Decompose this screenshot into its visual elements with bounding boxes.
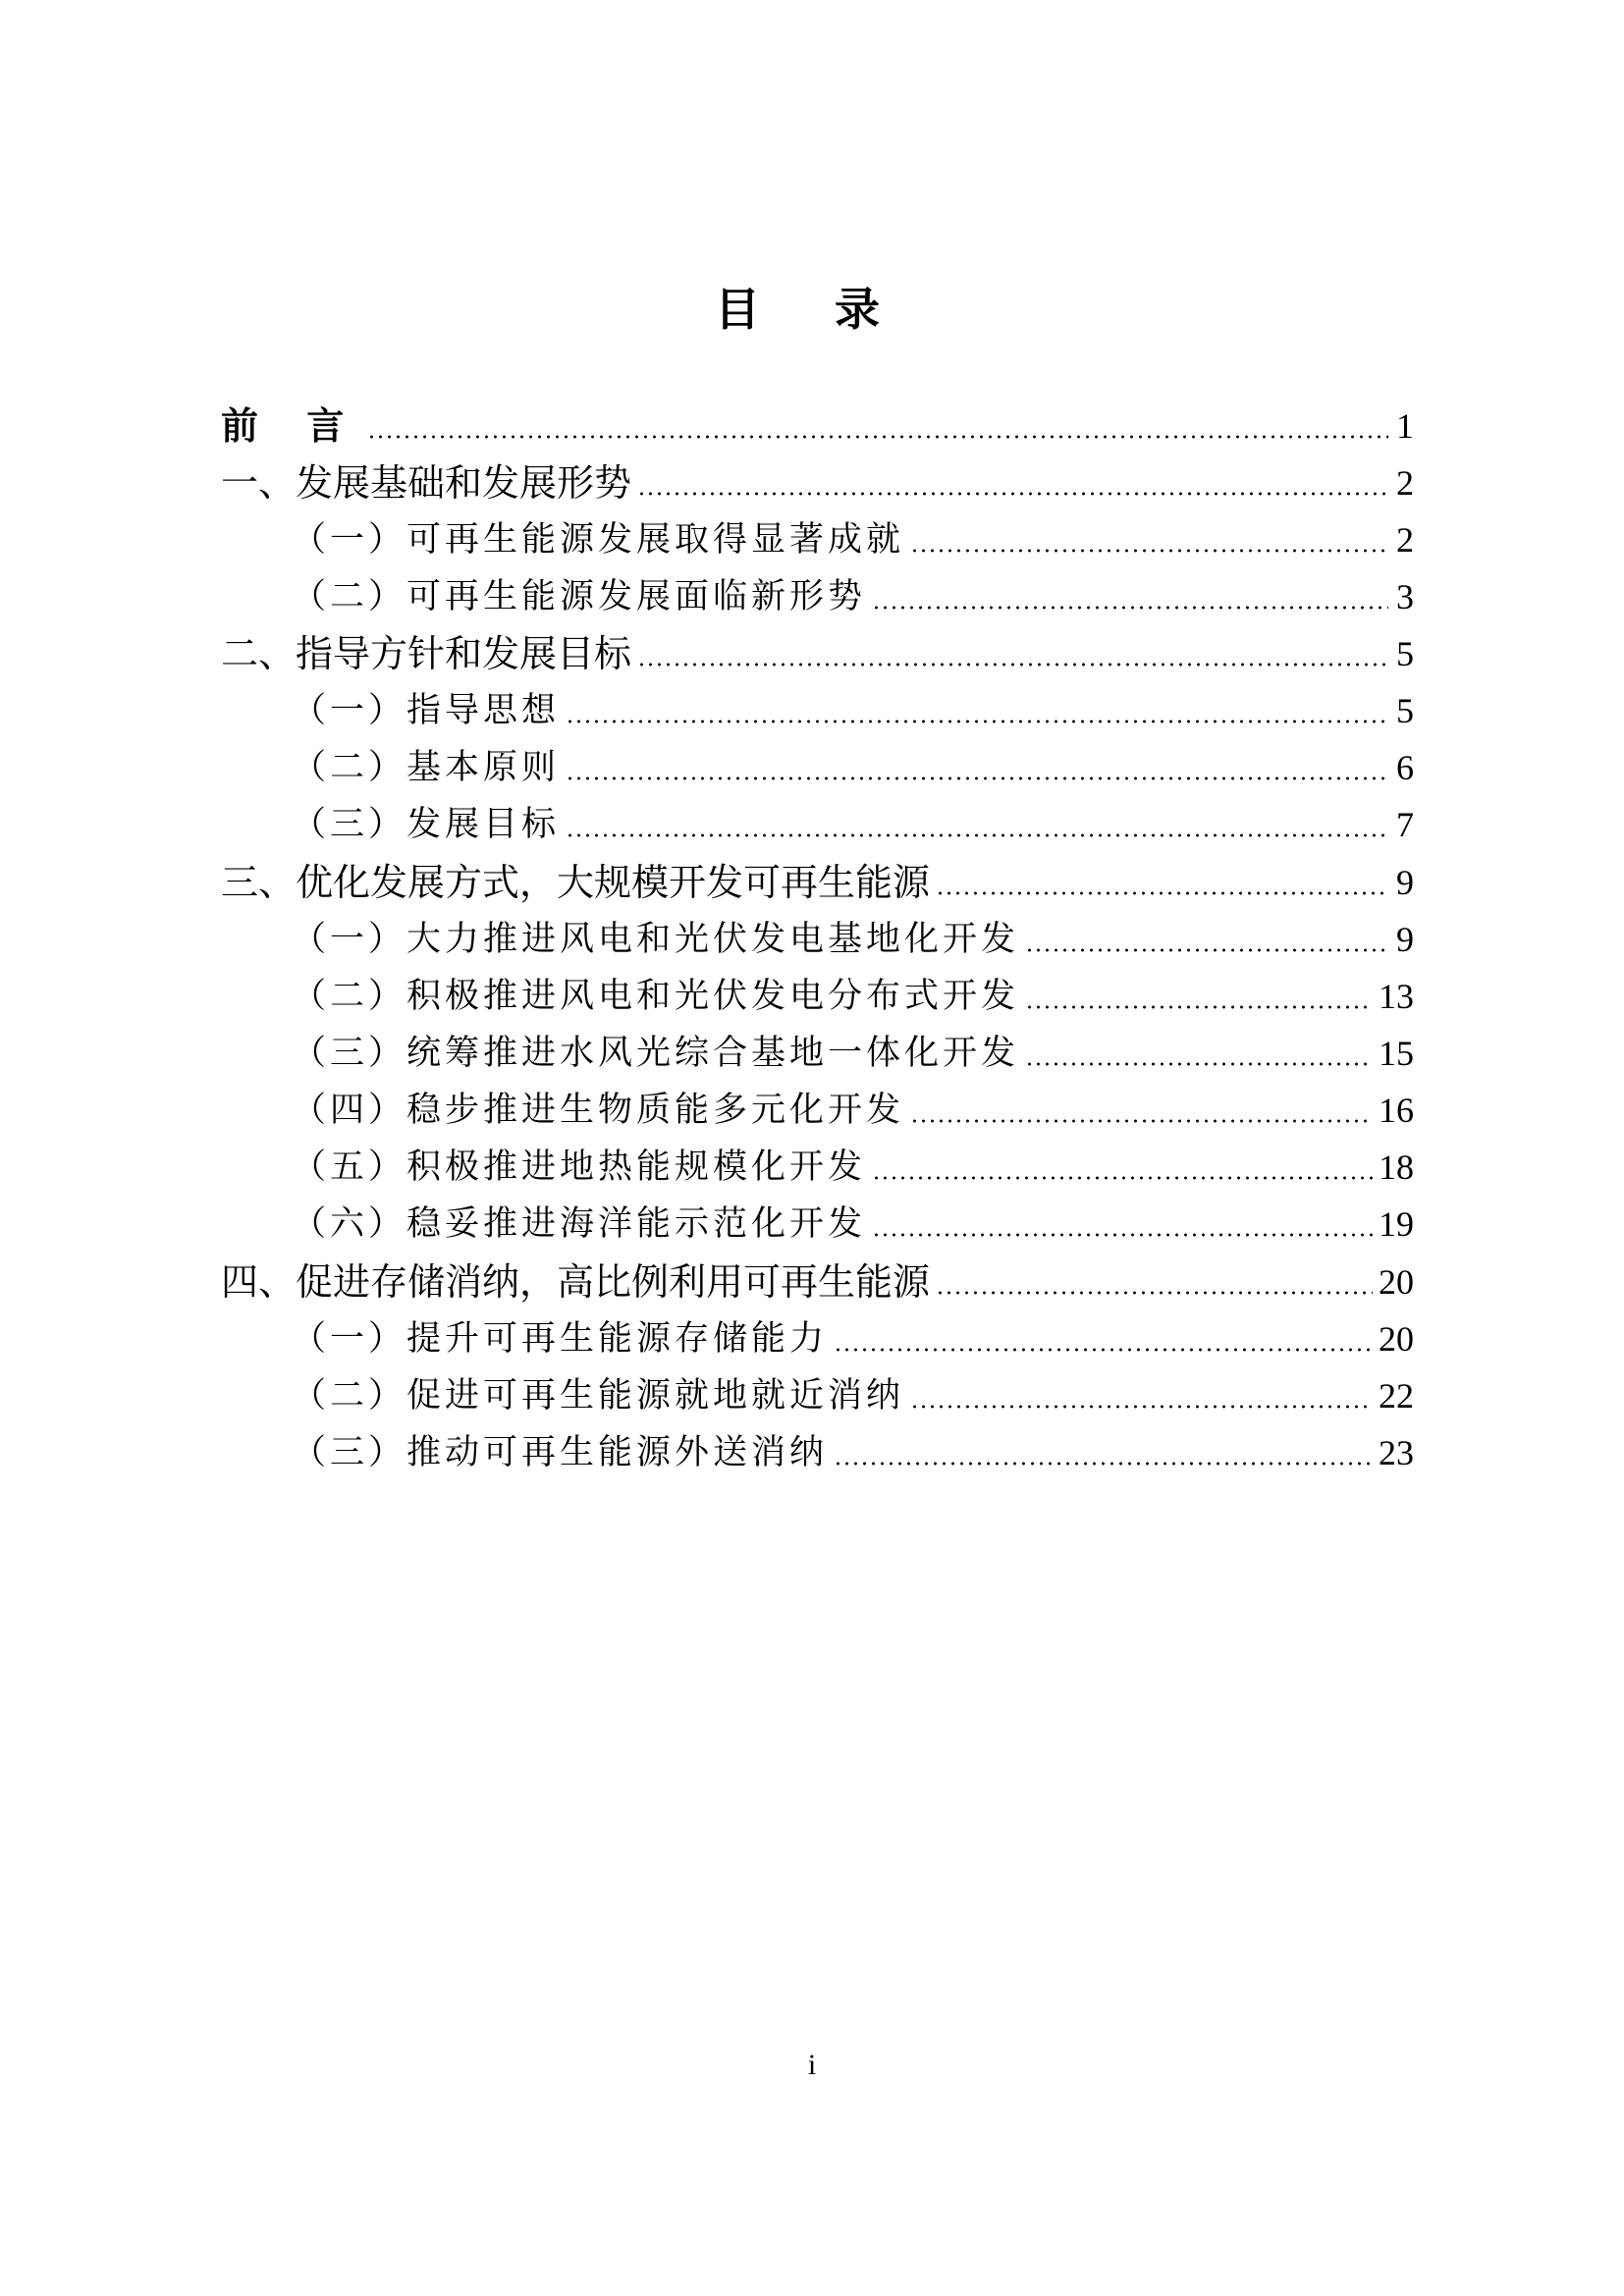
toc-entry-label: 三、优化发展方式，大规模开发可再生能源 <box>221 857 930 908</box>
dot-leader <box>872 1176 1373 1180</box>
toc-entry-section-3-6[interactable]: （六）稳妥推进海洋能示范化开发 19 <box>221 1191 1414 1250</box>
dot-leader <box>910 549 1388 553</box>
dot-leader <box>872 606 1388 610</box>
toc-entry-page: 18 <box>1379 1142 1414 1193</box>
dot-leader <box>872 1233 1373 1237</box>
toc-entry-label: 前 言 <box>221 400 361 452</box>
toc-entry-section-3-1[interactable]: （一）大力推进风电和光伏发电基地化开发 9 <box>221 906 1414 965</box>
toc-entry-section-2-3[interactable]: （三）发展目标 7 <box>221 791 1414 850</box>
toc-entry-page: 5 <box>1394 628 1414 679</box>
toc-entry-section-3[interactable]: 三、优化发展方式，大规模开发可再生能源 9 <box>221 849 1414 908</box>
toc-entry-page: 7 <box>1394 799 1414 850</box>
toc-entry-label: （一）指导思想 <box>221 685 560 736</box>
dot-leader <box>637 663 1388 667</box>
toc-entry-section-3-4[interactable]: （四）稳步推进生物质能多元化开发 16 <box>221 1077 1414 1136</box>
toc-entry-label: （二）可再生能源发展面临新形势 <box>221 571 866 622</box>
toc-entry-page: 16 <box>1379 1085 1414 1136</box>
dot-leader <box>637 492 1388 496</box>
dot-leader <box>566 833 1388 837</box>
toc-entry-page: 9 <box>1394 857 1414 908</box>
toc-entry-page: 19 <box>1379 1199 1414 1250</box>
toc-entry-section-1-1[interactable]: （一）可再生能源发展取得显著成就 2 <box>221 507 1414 565</box>
toc-entry-section-2-1[interactable]: （一）指导思想 5 <box>221 677 1414 736</box>
dot-leader <box>910 1405 1373 1409</box>
toc-entry-section-2[interactable]: 二、指导方针和发展目标 5 <box>221 620 1414 679</box>
toc-entry-section-3-3[interactable]: （三）统筹推进水风光综合基地一体化开发 15 <box>221 1020 1414 1079</box>
toc-entry-page: 6 <box>1394 742 1414 793</box>
toc-entry-label: （三）统筹推进水风光综合基地一体化开发 <box>221 1028 1019 1079</box>
dot-leader <box>1025 948 1388 952</box>
toc-entry-label: （五）积极推进地热能规模化开发 <box>221 1142 866 1193</box>
toc-entry-label: 二、指导方针和发展目标 <box>221 628 631 679</box>
dot-leader <box>1025 1062 1373 1066</box>
toc-entry-section-4-2[interactable]: （二）促进可再生能源就地就近消纳 22 <box>221 1362 1414 1421</box>
toc-entry-page: 2 <box>1394 457 1414 508</box>
toc-entry-section-3-5[interactable]: （五）积极推进地热能规模化开发 18 <box>221 1134 1414 1193</box>
toc-entry-label: （一）提升可再生能源存储能力 <box>221 1313 828 1364</box>
toc-entry-label: （二）促进可再生能源就地就近消纳 <box>221 1370 904 1421</box>
dot-leader <box>936 1291 1373 1295</box>
dot-leader <box>910 1119 1373 1123</box>
toc-entry-label: 四、促进存储消纳，高比例利用可再生能源 <box>221 1256 930 1308</box>
footer-page-number: i <box>0 2048 1624 2083</box>
toc-entry-label: （三）推动可再生能源外送消纳 <box>221 1427 828 1478</box>
toc-entry-section-4-1[interactable]: （一）提升可再生能源存储能力 20 <box>221 1306 1414 1364</box>
toc-entry-page: 3 <box>1394 571 1414 622</box>
toc-entry-page: 22 <box>1379 1370 1414 1421</box>
toc-entry-page: 5 <box>1394 685 1414 736</box>
toc-entry-page: 2 <box>1394 514 1414 565</box>
toc-entry-section-1-2[interactable]: （二）可再生能源发展面临新形势 3 <box>221 563 1414 622</box>
dot-leader <box>367 435 1388 439</box>
toc-entry-section-2-2[interactable]: （二）基本原则 6 <box>221 734 1414 793</box>
toc-entry-page: 1 <box>1394 400 1414 452</box>
toc-entry-label: （二）积极推进风电和光伏发电分布式开发 <box>221 971 1019 1022</box>
document-page: 目 录 前 言 1 一、发展基础和发展形势 2 （一）可再生能源发展取得显著成就… <box>0 0 1624 2296</box>
toc-entry-section-3-2[interactable]: （二）积极推进风电和光伏发电分布式开发 13 <box>221 963 1414 1022</box>
toc-entry-section-4-3[interactable]: （三）推动可再生能源外送消纳 23 <box>221 1419 1414 1478</box>
toc-entry-preface[interactable]: 前 言 1 <box>221 393 1414 452</box>
dot-leader <box>566 776 1388 780</box>
toc-entry-label: （六）稳妥推进海洋能示范化开发 <box>221 1199 866 1250</box>
toc-entry-section-4[interactable]: 四、促进存储消纳，高比例利用可再生能源 20 <box>221 1249 1414 1308</box>
toc-entry-label: （一）可再生能源发展取得显著成就 <box>221 514 904 565</box>
dot-leader <box>1025 1005 1373 1009</box>
dot-leader <box>834 1462 1373 1466</box>
toc-entry-label: （二）基本原则 <box>221 742 560 793</box>
toc-entry-page: 20 <box>1379 1313 1414 1364</box>
toc-entry-page: 9 <box>1394 914 1414 965</box>
toc-entry-section-1[interactable]: 一、发展基础和发展形势 2 <box>221 450 1414 508</box>
toc-entry-page: 13 <box>1379 971 1414 1022</box>
toc-entry-page: 15 <box>1379 1028 1414 1079</box>
dot-leader <box>936 891 1388 895</box>
toc-entry-label: 一、发展基础和发展形势 <box>221 457 631 508</box>
dot-leader <box>566 720 1388 723</box>
toc-entry-label: （一）大力推进风电和光伏发电基地化开发 <box>221 914 1019 965</box>
toc-entry-label: （三）发展目标 <box>221 799 560 850</box>
toc-title: 目 录 <box>0 280 1624 339</box>
toc-entry-page: 23 <box>1379 1427 1414 1478</box>
toc-entry-label: （四）稳步推进生物质能多元化开发 <box>221 1085 904 1136</box>
dot-leader <box>834 1348 1373 1352</box>
toc-entry-page: 20 <box>1379 1256 1414 1308</box>
